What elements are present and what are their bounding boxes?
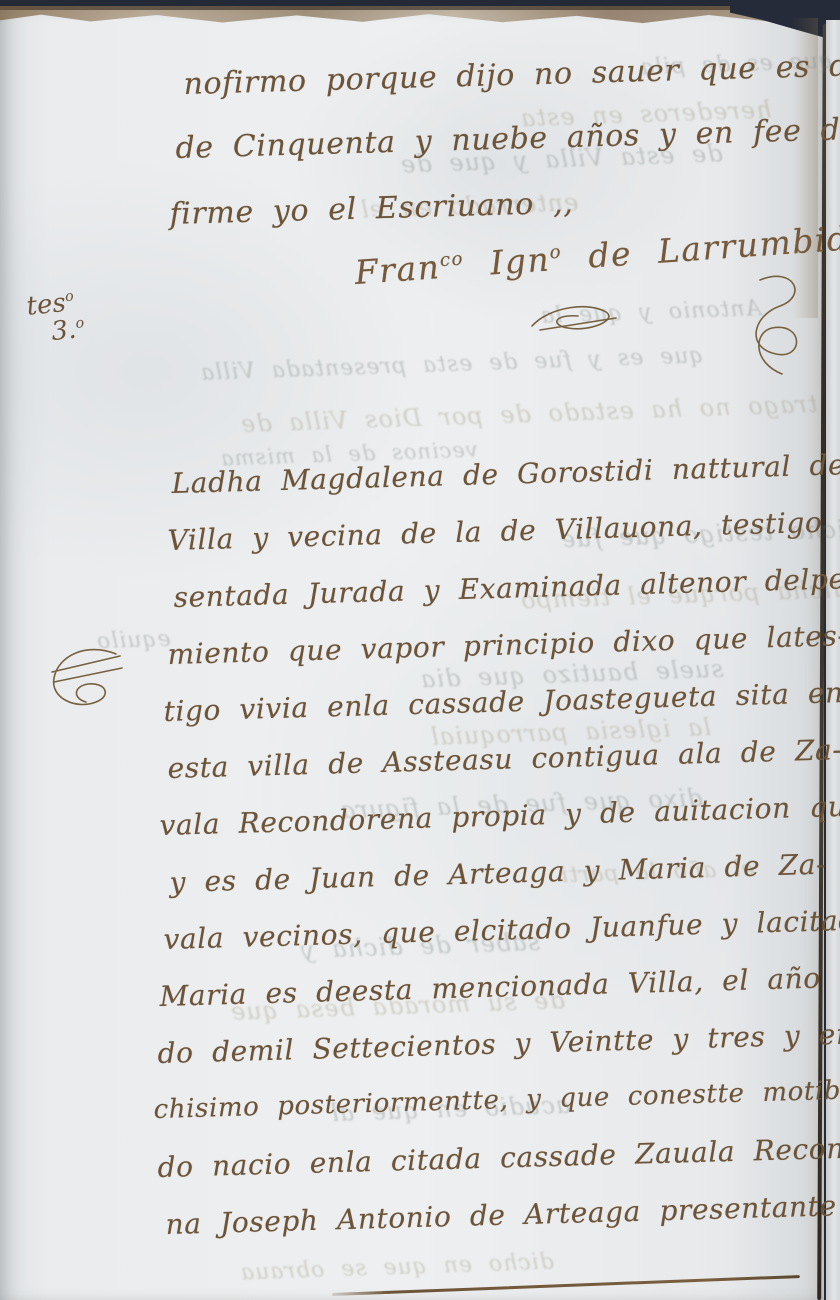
manuscript-scan: que es de pila herederos en esta de esta… — [0, 0, 840, 1300]
margin-note-abbrev: o — [64, 288, 74, 305]
signature-abbrev: o — [549, 242, 563, 264]
margin-flourish-icon — [42, 640, 134, 718]
signature-rubric-icon — [520, 296, 630, 346]
margin-note-witness-number: teso 3.o — [25, 289, 86, 347]
margin-note-abbrev: o — [75, 315, 85, 332]
next-page-edge — [826, 20, 840, 1300]
signature-abbrev: co — [439, 248, 464, 271]
signature-name: Ign — [489, 239, 551, 282]
margin-note-numeral: 3. — [50, 315, 78, 347]
signature-end-flourish-icon — [742, 270, 812, 380]
signature-name: Fran — [353, 247, 441, 292]
